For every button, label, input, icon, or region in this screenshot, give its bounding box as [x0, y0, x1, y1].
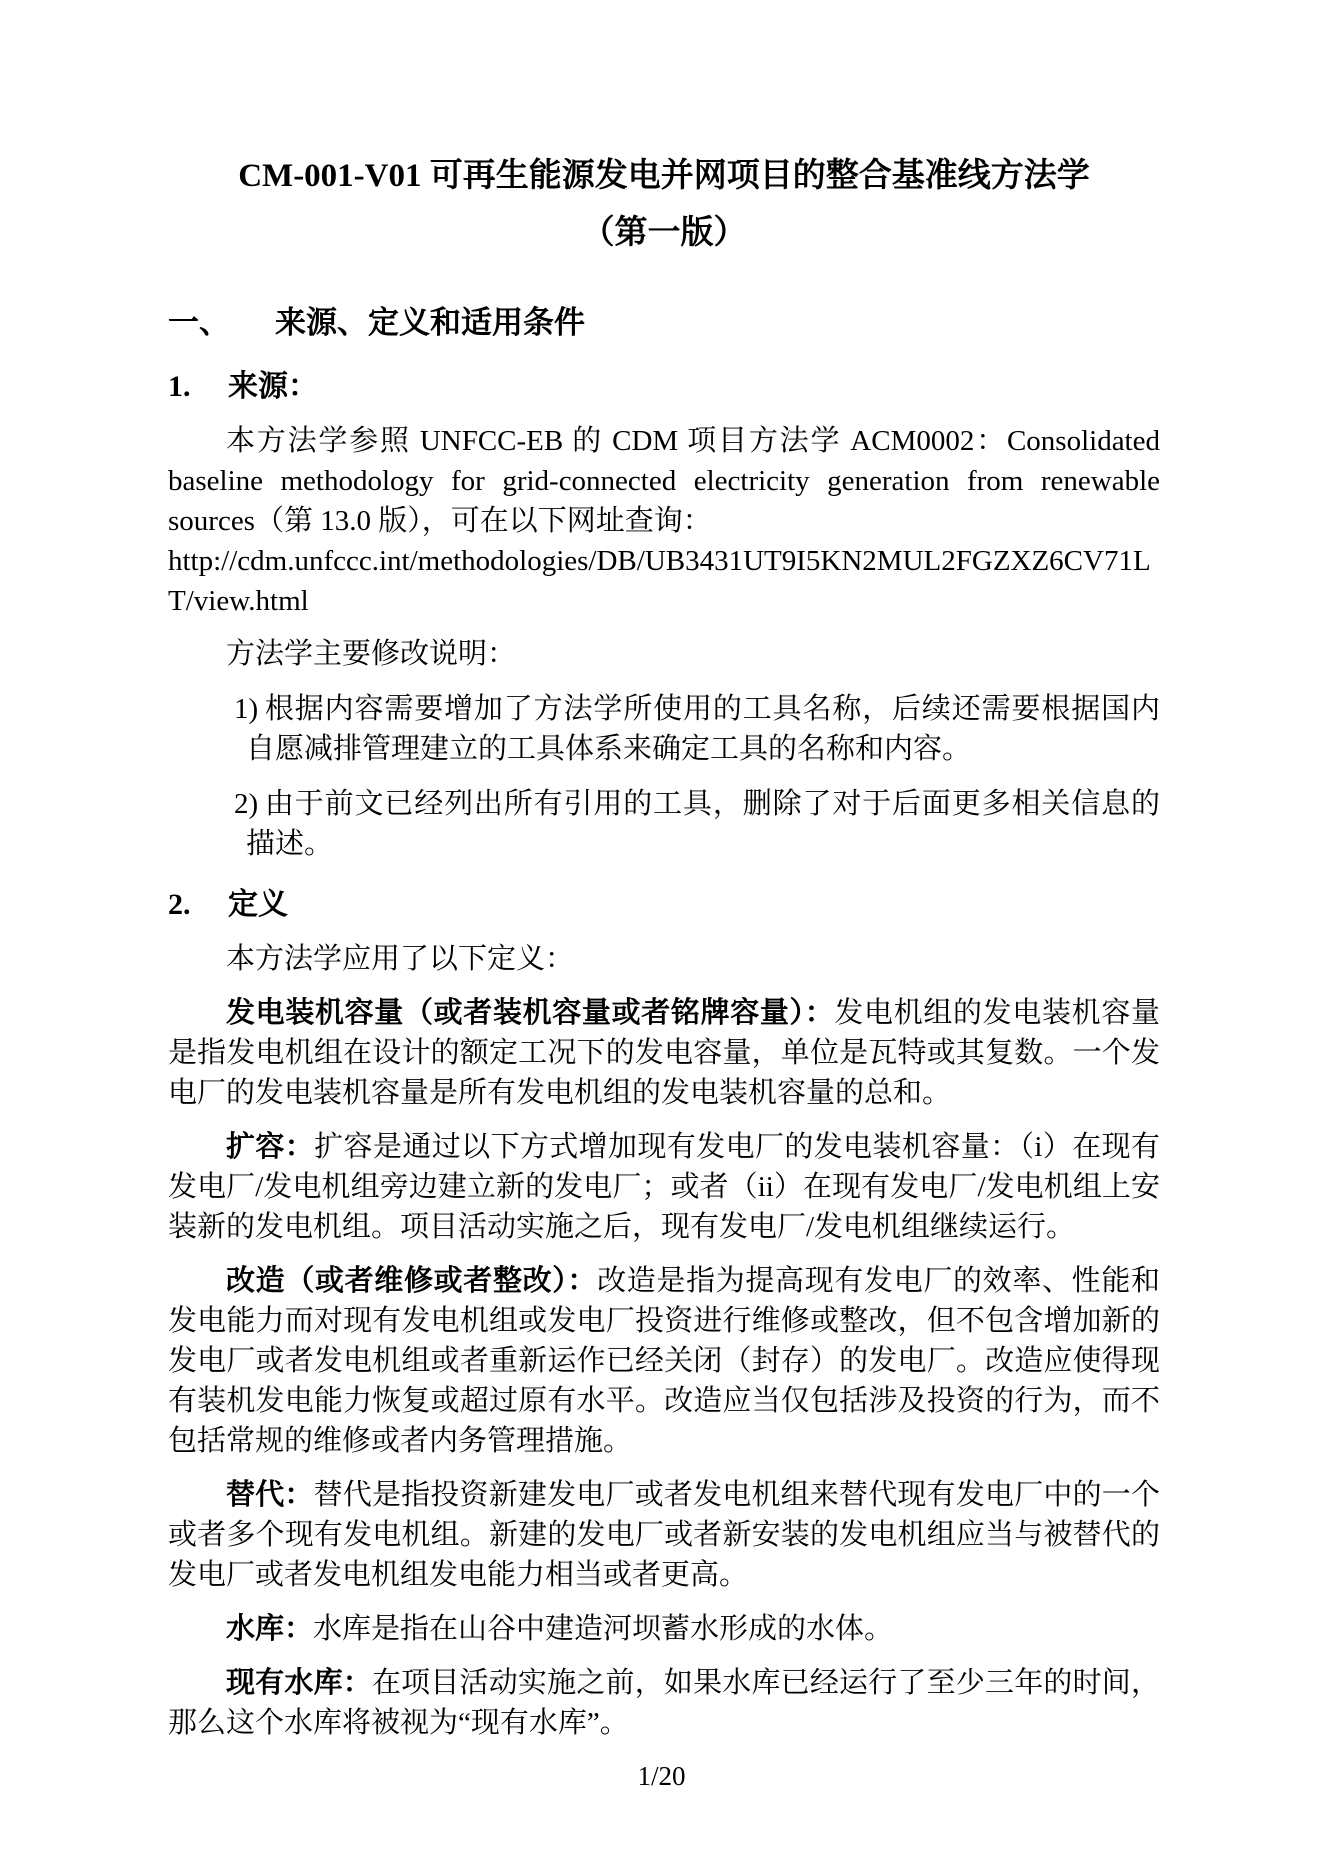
document-title-line2: （第一版）: [168, 205, 1160, 262]
revision-item-1-text: 根据内容需要增加了方法学所使用的工具名称，后续还需要根据国内自愿减排管理建立的工…: [246, 693, 1160, 765]
page-number: 1/20: [0, 1761, 1323, 1791]
section-title: 来源、定义和适用条件: [275, 305, 585, 340]
revision-item-1-marker: 1): [234, 689, 264, 729]
reference-url: http://cdm.unfccc.int/methodologies/DB/U…: [168, 541, 1160, 621]
document-title-line1: CM-001-V01 可再生能源发电并网项目的整合基准线方法学: [168, 148, 1160, 205]
document-title: CM-001-V01 可再生能源发电并网项目的整合基准线方法学 （第一版）: [168, 0, 1160, 262]
definition-term: 扩容：: [226, 1131, 314, 1163]
definition-installed-capacity: 发电装机容量（或者装机容量或者铭牌容量）：发电机组的发电装机容量是指发电机组在设…: [168, 993, 1160, 1113]
definition-retrofit: 改造（或者维修或者整改）：改造是指为提高现有发电厂的效率、性能和发电能力而对现有…: [168, 1261, 1160, 1461]
subsection-number: 1.: [168, 366, 228, 408]
revision-item-2: 2)由于前文已经列出所有引用的工具，删除了对于后面更多相关信息的描述。: [246, 784, 1160, 864]
revision-item-2-text: 由于前文已经列出所有引用的工具，删除了对于后面更多相关信息的描述。: [246, 788, 1160, 860]
revision-item-1: 1)根据内容需要增加了方法学所使用的工具名称，后续还需要根据国内自愿减排管理建立…: [246, 689, 1160, 769]
revision-item-2-marker: 2): [234, 784, 264, 824]
section-number: 一、: [168, 300, 275, 346]
subsection-title: 定义: [228, 888, 288, 921]
definition-replacement: 替代：替代是指投资新建发电厂或者发电机组来替代现有发电厂中的一个或者多个现有发电…: [168, 1475, 1160, 1595]
revision-list: 1)根据内容需要增加了方法学所使用的工具名称，后续还需要根据国内自愿减排管理建立…: [168, 689, 1160, 864]
subsection-number: 2.: [168, 884, 228, 926]
section-heading-sources-definitions: 一、来源、定义和适用条件: [168, 300, 1160, 346]
document-page: CM-001-V01 可再生能源发电并网项目的整合基准线方法学 （第一版） 一、…: [0, 0, 1323, 1871]
definition-term: 改造（或者维修或者整改）：: [226, 1265, 597, 1297]
definition-text: 扩容是通过以下方式增加现有发电厂的发电装机容量：（i）在现有发电厂/发电机组旁边…: [168, 1131, 1160, 1243]
subsection-heading-source: 1.来源：: [168, 366, 1160, 408]
definition-reservoir: 水库：水库是指在山谷中建造河坝蓄水形成的水体。: [168, 1609, 1160, 1649]
subsection-title: 来源：: [228, 370, 318, 403]
subsection-heading-definitions: 2.定义: [168, 884, 1160, 926]
definition-term: 替代：: [226, 1479, 314, 1511]
definition-capacity-expansion: 扩容：扩容是通过以下方式增加现有发电厂的发电装机容量：（i）在现有发电厂/发电机…: [168, 1127, 1160, 1247]
definition-existing-reservoir: 现有水库：在项目活动实施之前，如果水库已经运行了至少三年的时间，那么这个水库将被…: [168, 1663, 1160, 1743]
definition-text: 水库是指在山谷中建造河坝蓄水形成的水体。: [313, 1613, 893, 1645]
definition-term: 水库：: [226, 1613, 313, 1645]
definition-term: 发电装机容量（或者装机容量或者铭牌容量）：: [226, 997, 834, 1029]
definitions-intro-paragraph: 本方法学应用了以下定义：: [168, 939, 1160, 979]
definition-text: 替代是指投资新建发电厂或者发电机组来替代现有发电厂中的一个或者多个现有发电机组。…: [168, 1479, 1160, 1591]
revision-note-heading: 方法学主要修改说明：: [168, 634, 1160, 674]
definition-term: 现有水库：: [226, 1667, 372, 1699]
source-intro-paragraph: 本方法学参照 UNFCC-EB 的 CDM 项目方法学 ACM0002：Cons…: [168, 421, 1160, 541]
